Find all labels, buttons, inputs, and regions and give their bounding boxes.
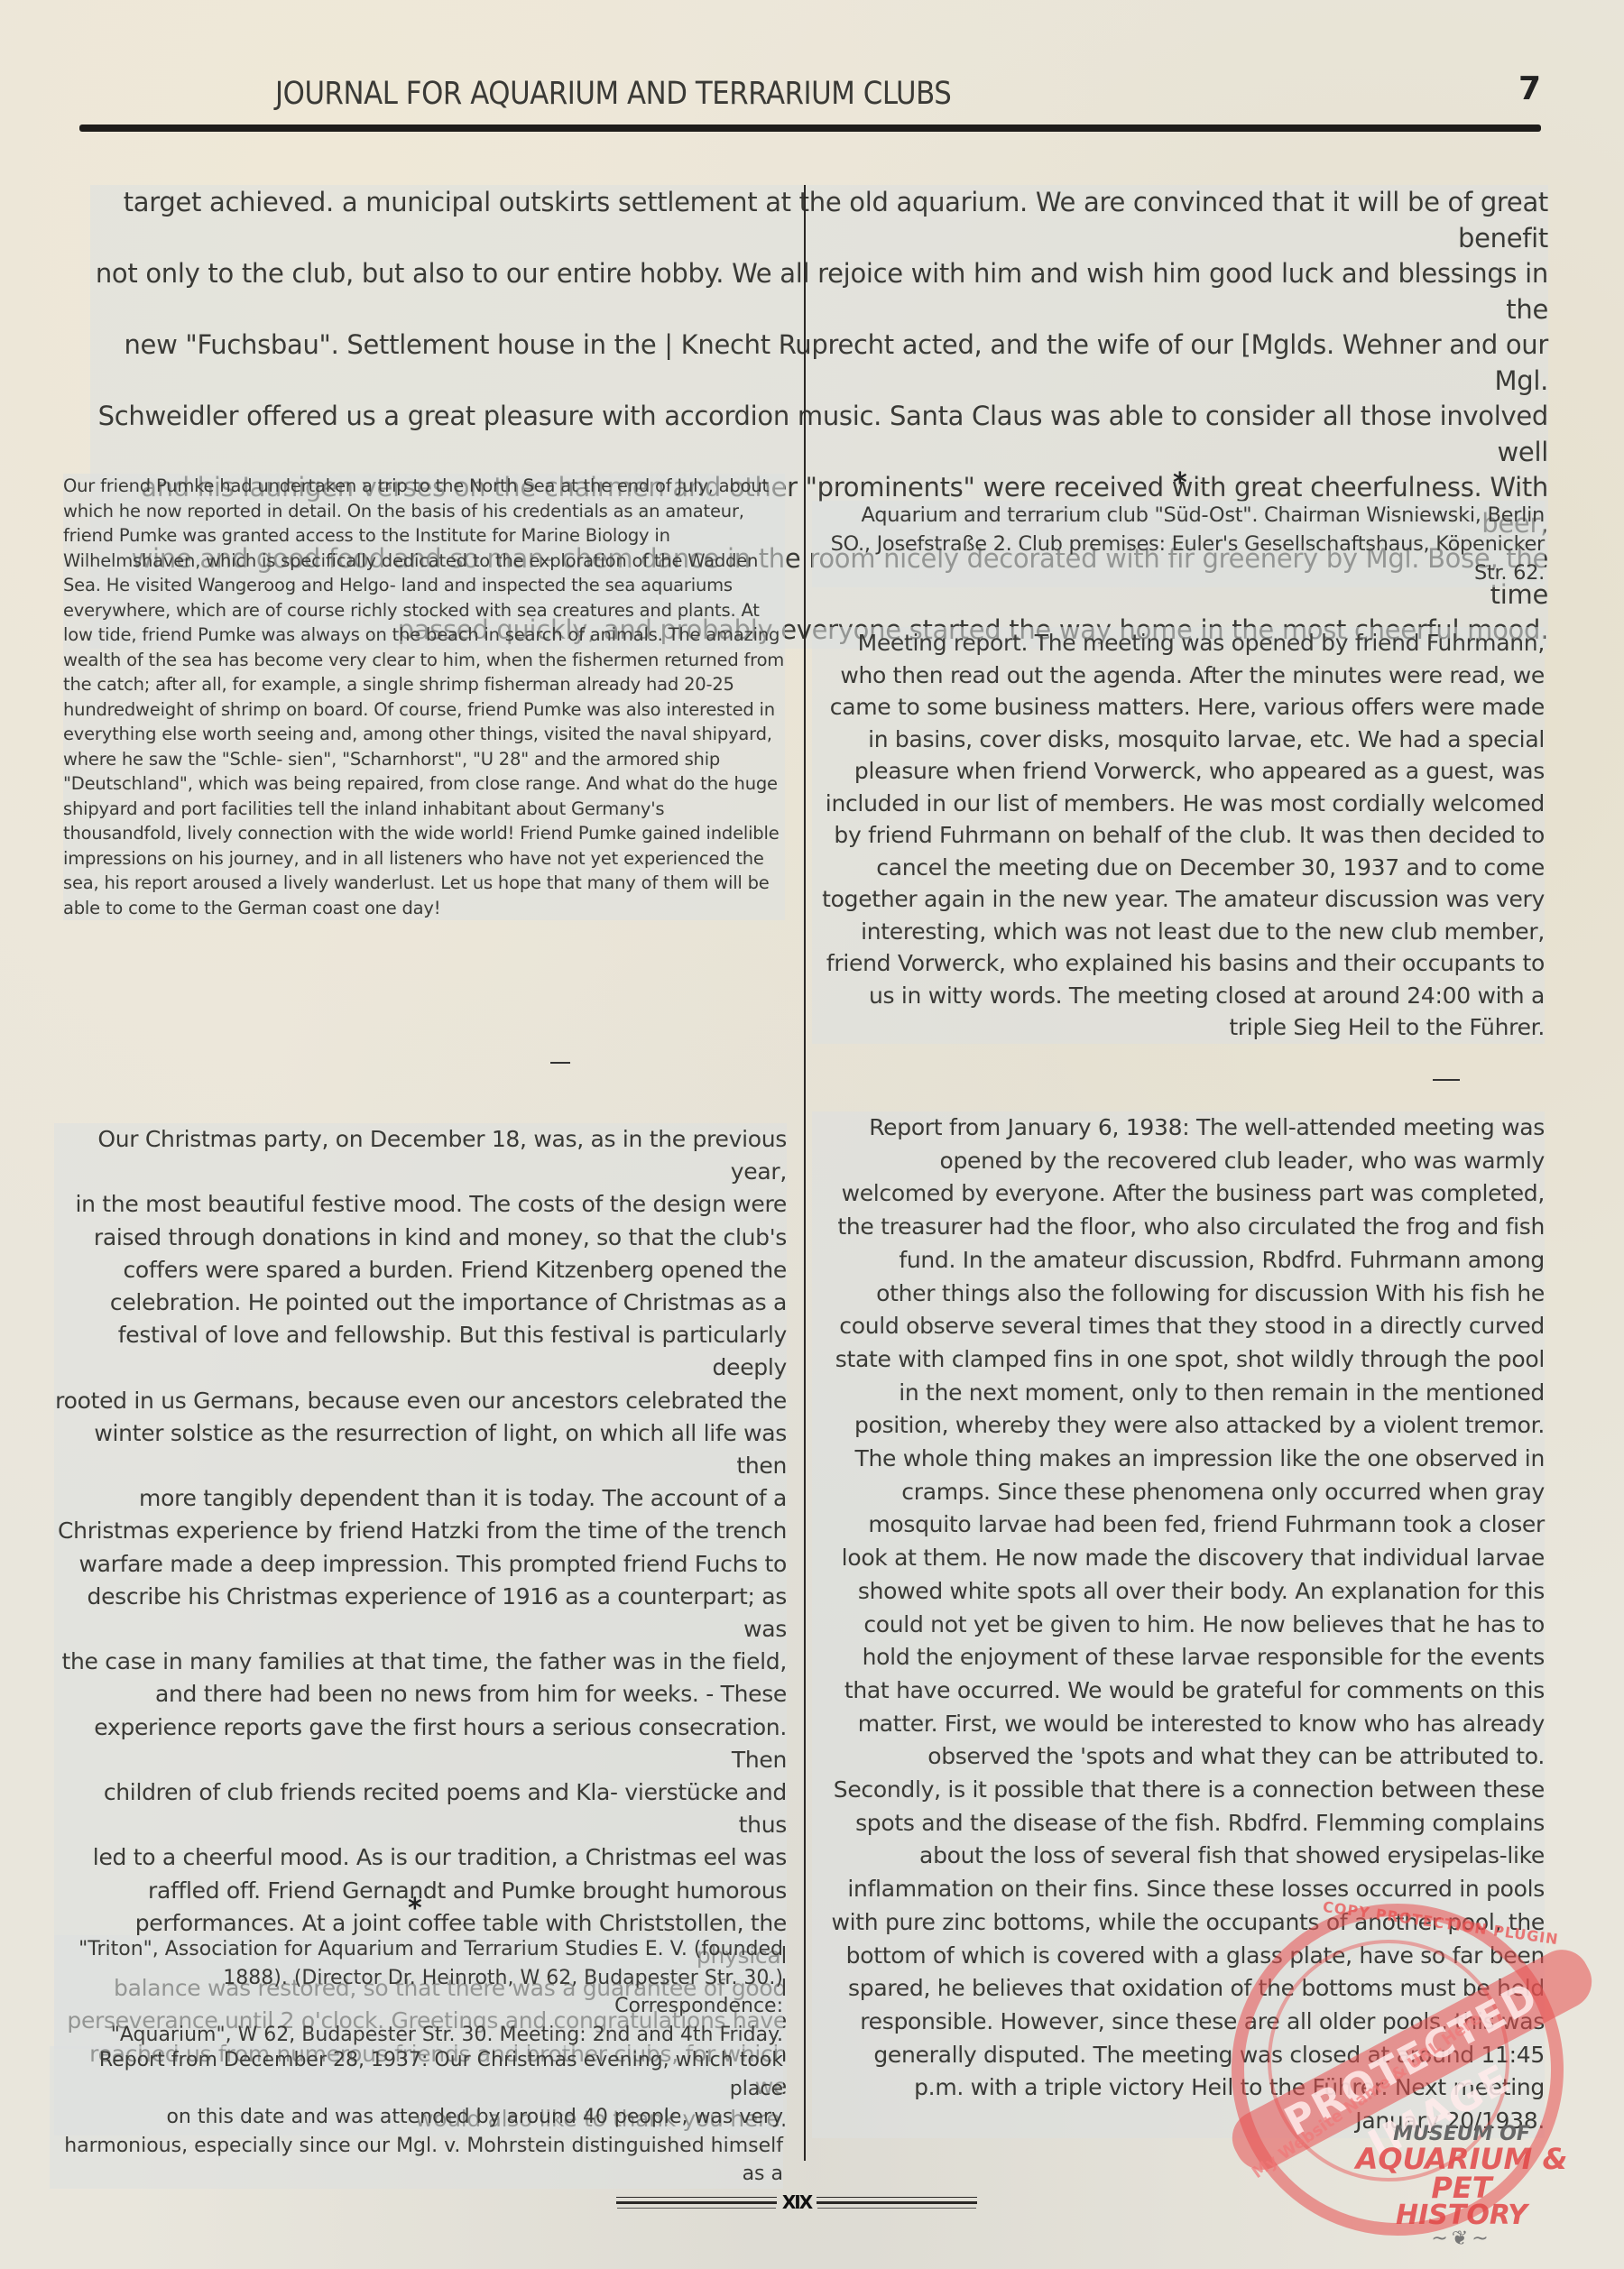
text-line: cancel the meeting due on December 30, 1… — [812, 852, 1545, 884]
text-line: impressions on his journey, and in all l… — [63, 846, 785, 872]
text-line: could not yet be given to him. He now be… — [812, 1609, 1545, 1642]
text-line: experience reports gave the first hours … — [54, 1711, 787, 1776]
text-line: "Deutschland", which was being repaired,… — [63, 771, 785, 797]
december-28-report: Report from December 28, 1937: Our Chris… — [50, 2046, 783, 2189]
text-line: the case in many families at that time, … — [54, 1646, 787, 1678]
text-line: thousandfold, lively connection with the… — [63, 821, 785, 846]
text-line: in the most beautiful festive mood. The … — [54, 1188, 787, 1221]
text-line: "Aquarium", W 62, Budapester Str. 30. Me… — [54, 2021, 783, 2050]
text-line: included in our list of members. He was … — [812, 788, 1545, 820]
text-line: festival of love and fellowship. But thi… — [54, 1319, 787, 1384]
ornament-center-glyph: XIX — [777, 2191, 817, 2213]
ornament-rule-left — [616, 2195, 777, 2209]
text-line: about the loss of several fish that show… — [812, 1840, 1545, 1873]
text-line: and there had been no news from him for … — [54, 1678, 787, 1711]
text-line: shipyard and port facilities tell the in… — [63, 797, 785, 822]
text-line: friend Pumke was granted access to the I… — [63, 523, 785, 549]
text-line: able to come to the German coast one day… — [63, 896, 785, 921]
text-line: where he saw the "Schle- sien", "Scharnh… — [63, 747, 785, 772]
text-line: as a — [50, 2160, 783, 2189]
text-line: Meeting report. The meeting was opened b… — [812, 627, 1545, 659]
text-line: welcomed by everyone. After the business… — [812, 1177, 1545, 1211]
flourish-icon: ~❦~ — [1326, 2229, 1597, 2249]
text-line: showed white spots all over their body. … — [812, 1575, 1545, 1609]
text-line: the treasurer had the floor, who also ci… — [812, 1211, 1545, 1244]
text-line: inflammation on their fins. Since these … — [812, 1873, 1545, 1906]
pumke-report: Our friend Pumke had undertaken a trip t… — [63, 474, 785, 920]
text-line: The whole thing makes an impression like… — [812, 1443, 1545, 1476]
text-line: opened by the recovered club leader, who… — [812, 1145, 1545, 1178]
text-line: warfare made a deep impression. This pro… — [54, 1548, 787, 1581]
text-line: everywhere, which are of course richly s… — [63, 598, 785, 623]
january-6-report: Report from January 6, 1938: The well-at… — [812, 1111, 1545, 2138]
text-line: spared, he believes that oxidation of th… — [812, 1972, 1545, 2006]
section-separator-asterisk: * — [408, 1893, 422, 1924]
column-divider — [804, 185, 806, 2161]
text-line: which he now reported in detail. On the … — [63, 499, 785, 524]
ornament-rule-right — [817, 2195, 977, 2209]
meeting-report: Meeting report. The meeting was opened b… — [812, 627, 1545, 1044]
text-line: hold the enjoyment of these larvae respo… — [812, 1641, 1545, 1674]
text-line: Our friend Pumke had undertaken a trip t… — [63, 474, 785, 499]
text-line: spots and the disease of the fish. Rbdfr… — [812, 1807, 1545, 1840]
text-line: Wilhelmshaven, which is specifically ded… — [63, 549, 785, 574]
text-line: that have occurred. We would be grateful… — [812, 1674, 1545, 1708]
text-line: not only to the club, but also to our en… — [90, 256, 1548, 327]
text-line: p.m. with a triple victory Heil to the F… — [812, 2071, 1545, 2105]
text-line: more tangibly dependent than it is today… — [54, 1482, 787, 1515]
text-line: new "Fuchsbau". Settlement house in the … — [90, 327, 1548, 399]
text-line: hundredweight of shrimp on board. Of cou… — [63, 697, 785, 723]
text-line: together again in the new year. The amat… — [812, 883, 1545, 916]
museum-logo: MUSEUM OF AQUARIUM & PET HISTORY ~❦~ — [1326, 2125, 1597, 2249]
text-line: everything else worth seeing and, among … — [63, 722, 785, 747]
text-line: winter solstice as the resurrection of l… — [54, 1417, 787, 1482]
text-line: rooted in us Germans, because even our a… — [54, 1385, 787, 1417]
text-line: observed the 'spots and what they can be… — [812, 1740, 1545, 1774]
text-line: by friend Fuhrmann on behalf of the club… — [812, 819, 1545, 852]
text-line: look at them. He now made the discovery … — [812, 1542, 1545, 1575]
text-line: bottom of which is covered with a glass … — [812, 1940, 1545, 1973]
text-line: harmonious, especially since our Mgl. v.… — [50, 2132, 783, 2161]
page-number: 7 — [1518, 70, 1541, 107]
text-line: raised through donations in kind and mon… — [54, 1222, 787, 1254]
text-line: could observe several times that they st… — [812, 1310, 1545, 1343]
text-line: the catch; after all, for example, a sin… — [63, 672, 785, 697]
text-line: matter. First, we would be interested to… — [812, 1708, 1545, 1741]
museum-logo-line2: AQUARIUM & PET — [1326, 2144, 1597, 2202]
text-line: coffers were spared a burden. Friend Kit… — [54, 1254, 787, 1287]
text-line: Our Christmas party, on December 18, was… — [54, 1123, 787, 1188]
text-line: Aquarium and terrarium club "Süd-Ost". C… — [812, 501, 1545, 530]
text-line: cramps. Since these phenomena only occur… — [812, 1476, 1545, 1509]
text-line: mosquito larvae had been fed, friend Fuh… — [812, 1508, 1545, 1542]
text-line: describe his Christmas experience of 191… — [54, 1581, 787, 1646]
text-line: in the next moment, only to then remain … — [812, 1377, 1545, 1410]
text-line: pleasure when friend Vorwerck, who appea… — [812, 755, 1545, 788]
text-line: Schweidler offered us a great pleasure w… — [90, 399, 1548, 470]
text-line: wealth of the sea has become very clear … — [63, 648, 785, 673]
text-line: with pure zinc bottoms, while the occupa… — [812, 1906, 1545, 1940]
museum-logo-line3: HISTORY — [1326, 2202, 1597, 2229]
text-line: Report from December 28, 1937: Our Chris… — [50, 2046, 783, 2103]
text-line: who then read out the agenda. After the … — [812, 659, 1545, 692]
text-line: Report from January 6, 1938: The well-at… — [812, 1111, 1545, 1145]
footer-ornament: XIX — [616, 2192, 977, 2212]
text-line: on this date and was attended by around … — [50, 2103, 783, 2132]
text-line: interesting, which was not least due to … — [812, 916, 1545, 948]
text-line: generally disputed. The meeting was clos… — [812, 2039, 1545, 2072]
section-dash — [550, 1062, 570, 1064]
section-separator-asterisk: * — [1173, 467, 1187, 499]
text-line: triple Sieg Heil to the Führer. — [812, 1011, 1545, 1044]
text-line: SO., Josefstraße 2. Club premises: Euler… — [812, 530, 1545, 558]
text-line: 1888). (Director Dr. Heinroth, W 62, Bud… — [54, 1964, 783, 2021]
text-line: led to a cheerful mood. As is our tradit… — [54, 1841, 787, 1874]
journal-page: JOURNAL FOR AQUARIUM AND TERRARIUM CLUBS… — [0, 0, 1624, 2269]
text-line: celebration. He pointed out the importan… — [54, 1287, 787, 1319]
text-line: other things also the following for disc… — [812, 1277, 1545, 1311]
text-line: Str. 62. — [812, 558, 1545, 587]
header-rule — [79, 125, 1541, 132]
text-line: target achieved. a municipal outskirts s… — [90, 185, 1548, 256]
text-line: Christmas experience by friend Hatzki fr… — [54, 1515, 787, 1547]
text-line: "Triton", Association for Aquarium and T… — [54, 1935, 783, 1964]
text-line: in basins, cover disks, mosquito larvae,… — [812, 724, 1545, 756]
text-line: position, whereby they were also attacke… — [812, 1409, 1545, 1443]
triton-club-header: "Triton", Association for Aquarium and T… — [54, 1935, 783, 2049]
section-dash — [1433, 1079, 1460, 1081]
text-line: Sea. He visited Wangeroog and Helgo- lan… — [63, 573, 785, 598]
journal-title: JOURNAL FOR AQUARIUM AND TERRARIUM CLUBS — [275, 76, 951, 112]
text-line: state with clamped fins in one spot, sho… — [812, 1343, 1545, 1377]
sued-ost-club-header: Aquarium and terrarium club "Süd-Ost". C… — [812, 501, 1545, 587]
text-line: Secondly, is it possible that there is a… — [812, 1774, 1545, 1807]
text-line: sea, his report aroused a lively wanderl… — [63, 871, 785, 896]
text-line: us in witty words. The meeting closed at… — [812, 980, 1545, 1012]
text-line: responsible. However, since these are al… — [812, 2006, 1545, 2039]
text-line: friend Vorwerck, who explained his basin… — [812, 947, 1545, 980]
text-line: children of club friends recited poems a… — [54, 1776, 787, 1841]
text-line: low tide, friend Pumke was always on the… — [63, 623, 785, 648]
text-line: came to some business matters. Here, var… — [812, 691, 1545, 724]
text-line: fund. In the amateur discussion, Rbdfrd.… — [812, 1244, 1545, 1277]
